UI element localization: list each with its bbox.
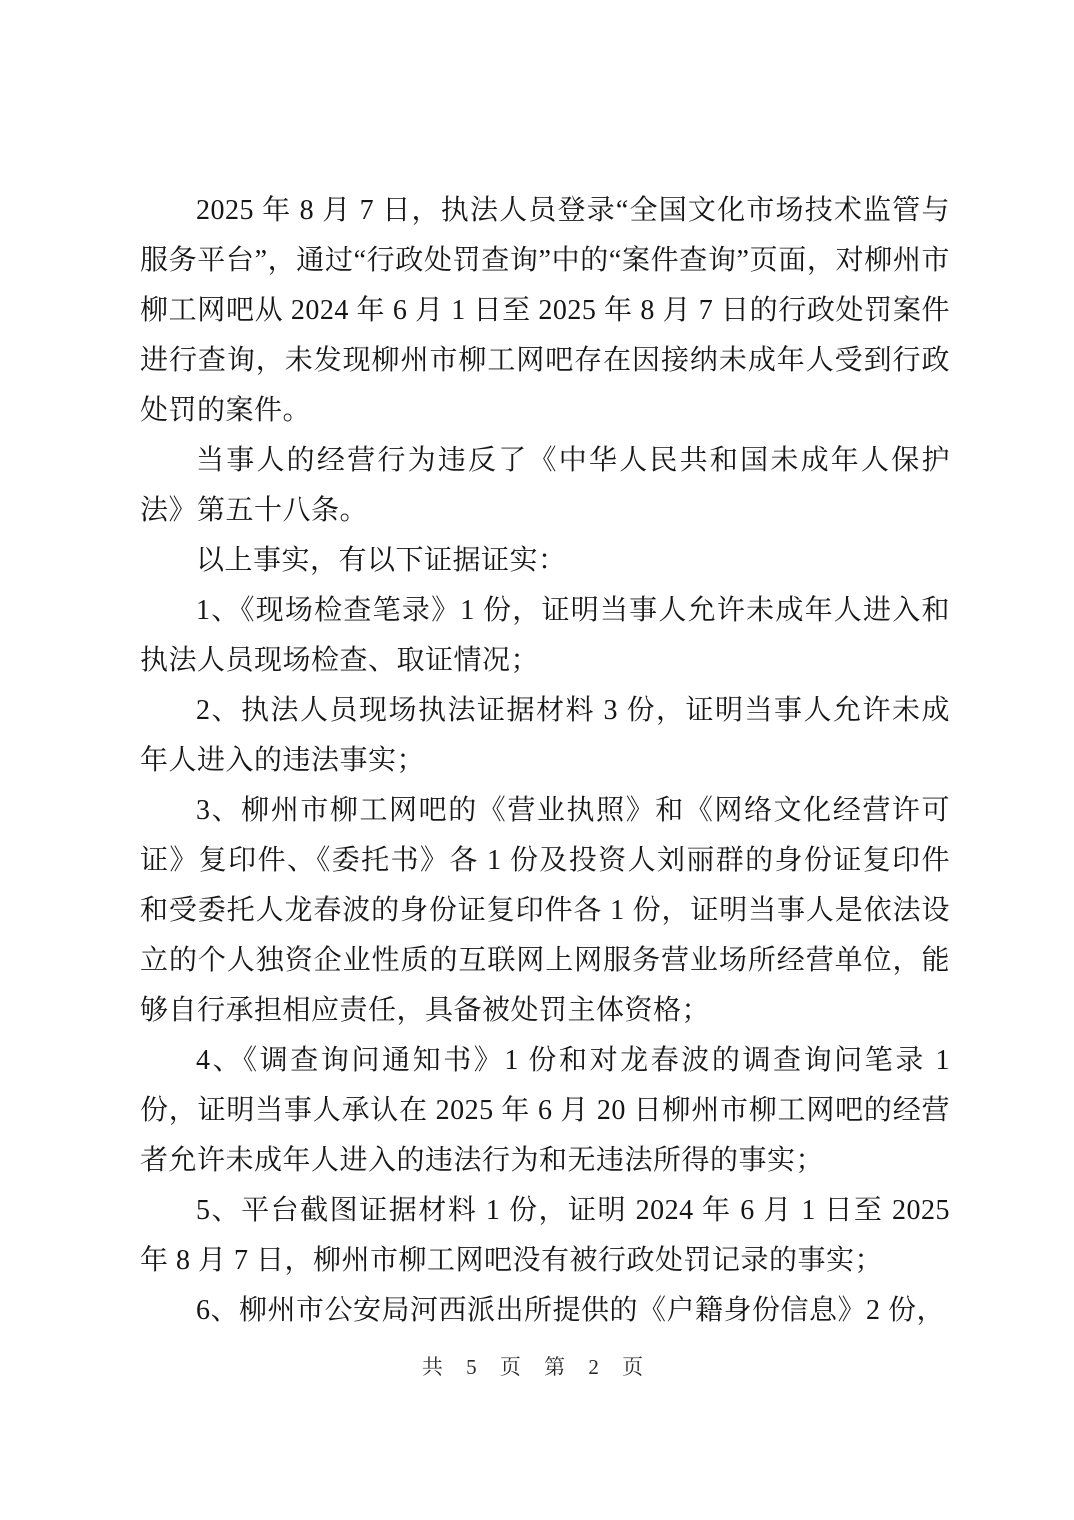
paragraph: 1、《现场检查笔录》1 份，证明当事人允许未成年人进入和执法人员现场检查、取证情…: [140, 586, 950, 686]
paragraph: 2025 年 8 月 7 日，执法人员登录“全国文化市场技术监管与服务平台”，通…: [140, 186, 950, 436]
paragraph: 3、柳州市柳工网吧的《营业执照》和《网络文化经营许可证》复印件、《委托书》各 1…: [140, 786, 950, 1036]
paragraph: 4、《调查询问通知书》1 份和对龙春波的调查询问笔录 1 份，证明当事人承认在 …: [140, 1036, 950, 1186]
paragraph: 5、平台截图证据材料 1 份，证明 2024 年 6 月 1 日至 2025 年…: [140, 1186, 950, 1286]
page-footer: 共 5 页 第 2 页: [0, 1352, 1074, 1382]
document-page: 2025 年 8 月 7 日，执法人员登录“全国文化市场技术监管与服务平台”，通…: [0, 0, 1074, 1520]
paragraph: 2、执法人员现场执法证据材料 3 份，证明当事人允许未成年人进入的违法事实；: [140, 686, 950, 786]
document-body: 2025 年 8 月 7 日，执法人员登录“全国文化市场技术监管与服务平台”，通…: [140, 186, 950, 1336]
paragraph: 以上事实，有以下证据证实：: [140, 536, 950, 586]
paragraph: 6、柳州市公安局河西派出所提供的《户籍身份信息》2 份，: [140, 1286, 950, 1336]
paragraph: 当事人的经营行为违反了《中华人民共和国未成年人保护法》第五十八条。: [140, 436, 950, 536]
